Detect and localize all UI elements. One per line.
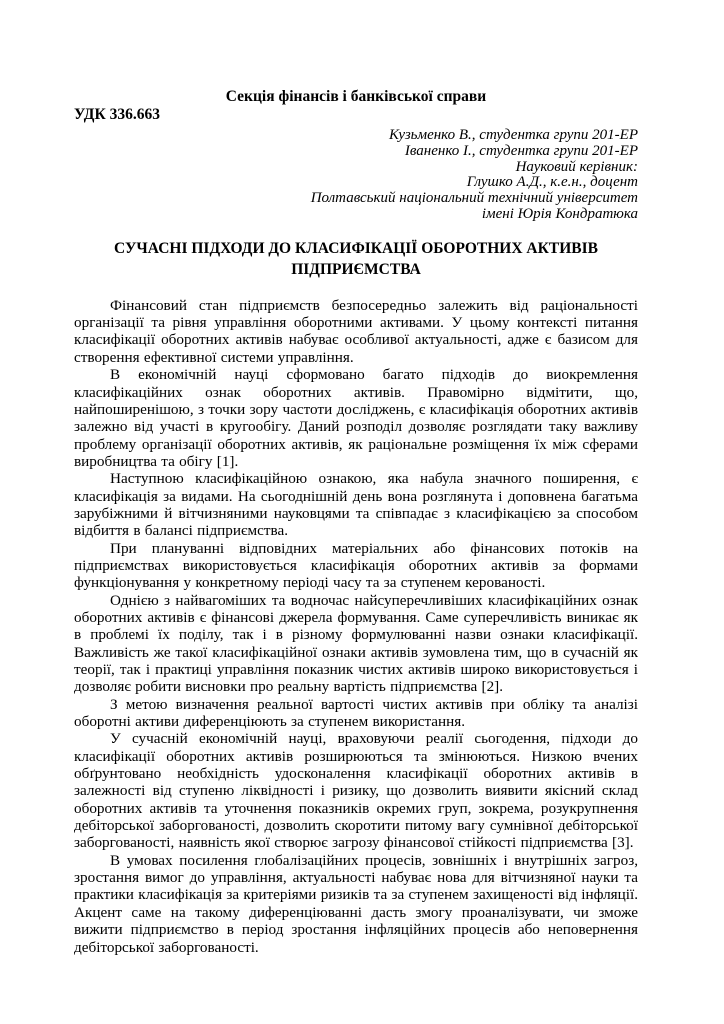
supervisor-label: Науковий керівник: [74, 160, 638, 176]
supervisor-name: Глушко А.Д., к.е.н., доцент [74, 175, 638, 191]
paragraph-7: У сучасній економічній науці, враховуючи… [74, 730, 638, 851]
paragraph-8: В умовах посилення глобалізаційних проце… [74, 852, 638, 956]
paragraph-4: При плануванні відповідних матеріальних … [74, 540, 638, 592]
paragraph-1: Фінансовий стан підприємств безпосереднь… [74, 297, 638, 366]
paragraph-5: Однією з найвагоміших та водночас найсуп… [74, 592, 638, 696]
udk-code: УДК 336.663 [74, 106, 638, 124]
author-block: Кузьменко В., студентка групи 201-ЕР Іва… [74, 128, 638, 223]
paragraph-3: Наступною класифікаційною ознакою, яка н… [74, 470, 638, 539]
author-line-1: Кузьменко В., студентка групи 201-ЕР [74, 128, 638, 144]
university-name: Полтавський національний технічний уніве… [74, 191, 638, 207]
section-header: Секція фінансів і банківської справи [74, 88, 638, 106]
paragraph-6: З метою визначення реальної вартості чис… [74, 696, 638, 731]
author-line-2: Іваненко І., студентка групи 201-ЕР [74, 144, 638, 160]
document-page: Секція фінансів і банківської справи УДК… [0, 0, 724, 1024]
paper-body: Фінансовий стан підприємств безпосереднь… [74, 297, 638, 956]
paragraph-2: В економічній науці сформовано багато пі… [74, 366, 638, 470]
paper-title: СУЧАСНІ ПІДХОДИ ДО КЛАСИФІКАЦІЇ ОБОРОТНИ… [74, 238, 638, 280]
university-name-continued: імені Юрія Кондратюка [74, 207, 638, 223]
